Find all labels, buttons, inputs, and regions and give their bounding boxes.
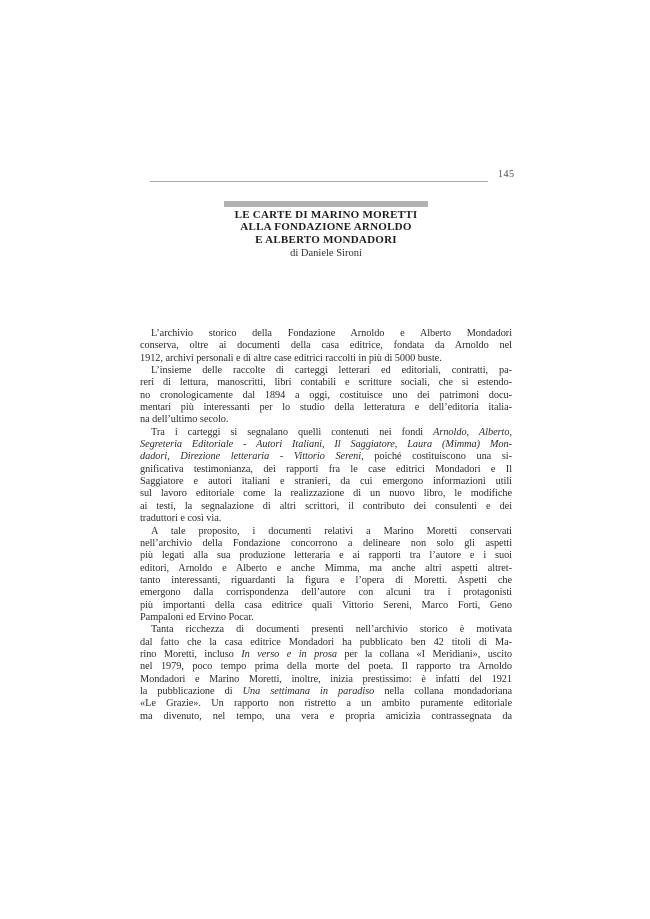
text-line: ai testi, la segnalazione di altri scrit… bbox=[140, 501, 512, 513]
paragraph: Tanta ricchezza di documenti presenti ne… bbox=[140, 624, 512, 723]
text-line: Mondadori e Marino Moretti, inoltre, ini… bbox=[140, 674, 512, 686]
page-number: 145 bbox=[498, 169, 528, 180]
text-line: la pubblicazione di Una settimana in par… bbox=[140, 686, 512, 698]
text-line: Pampaloni ed Ervino Pocar. bbox=[140, 612, 512, 624]
text-line: conserva, oltre ai documenti della casa … bbox=[140, 340, 512, 352]
paragraph: L’archivio storico della Fondazione Arno… bbox=[140, 328, 512, 365]
article-title-line-3: E ALBERTO MONDADORI bbox=[140, 234, 512, 246]
article-title-line-1: LE CARTE DI MARINO MORETTI bbox=[140, 209, 512, 221]
text-line: «Le Grazie». Un rapporto non ristretto a… bbox=[140, 698, 512, 710]
text-line: Tra i carteggi si segnalano quelli conte… bbox=[140, 427, 512, 439]
text-line: editori, Arnoldo e Alberto e anche Mimma… bbox=[140, 563, 512, 575]
title-highlight-bar bbox=[224, 201, 428, 207]
text-line: ma divenuto, nel tempo, una vera e propr… bbox=[140, 711, 512, 723]
text-line: emergono dalla corrispondenza dell’autor… bbox=[140, 587, 512, 599]
paragraph: Tra i carteggi si segnalano quelli conte… bbox=[140, 427, 512, 526]
text-line: tanto interessanti, riguardanti la figur… bbox=[140, 575, 512, 587]
paragraph: L’insieme delle raccolte di carteggi let… bbox=[140, 365, 512, 427]
title-block: LE CARTE DI MARINO MORETTI ALLA FONDAZIO… bbox=[140, 201, 512, 260]
text-line: A tale proposito, i documenti relativi a… bbox=[140, 526, 512, 538]
text-line: rino Moretti, incluso In verso e in pros… bbox=[140, 649, 512, 661]
text-line: dal fatto che la casa editrice Mondadori… bbox=[140, 637, 512, 649]
document-page: 145 LE CARTE DI MARINO MORETTI ALLA FOND… bbox=[0, 0, 650, 919]
text-line: 1912, archivi personali e di altre case … bbox=[140, 353, 512, 365]
header-rule bbox=[150, 181, 488, 182]
text-line: gnificativa testimonianza, dei rapporti … bbox=[140, 464, 512, 476]
text-line: L’archivio storico della Fondazione Arno… bbox=[140, 328, 512, 340]
text-line: dadori, Direzione letteraria - Vittorio … bbox=[140, 451, 512, 463]
text-line: sul lavoro editoriale come la realizzazi… bbox=[140, 488, 512, 500]
article-title-line-2: ALLA FONDAZIONE ARNOLDO bbox=[140, 221, 512, 233]
text-line: no cronologicamente dal 1894 a oggi, cos… bbox=[140, 390, 512, 402]
text-line: Saggiatore e autori italiani e stranieri… bbox=[140, 476, 512, 488]
text-line: nell’archivio della Fondazione concorron… bbox=[140, 538, 512, 550]
text-line: reri di lettura, manoscritti, libri cont… bbox=[140, 377, 512, 389]
text-line: Tanta ricchezza di documenti presenti ne… bbox=[140, 624, 512, 636]
text-line: più importanti della casa editrice quali… bbox=[140, 600, 512, 612]
text-line: L’insieme delle raccolte di carteggi let… bbox=[140, 365, 512, 377]
body-text: L’archivio storico della Fondazione Arno… bbox=[140, 328, 512, 723]
text-line: na dell’ultimo secolo. bbox=[140, 414, 512, 426]
byline: di Daniele Sironi bbox=[140, 247, 512, 260]
text-line: traduttori e così via. bbox=[140, 513, 512, 525]
text-line: più legati alla sua produzione letterari… bbox=[140, 550, 512, 562]
text-line: Segreteria Editoriale - Autori Italiani,… bbox=[140, 439, 512, 451]
paragraph: A tale proposito, i documenti relativi a… bbox=[140, 526, 512, 625]
text-line: nel 1979, poco tempo prima della morte d… bbox=[140, 661, 512, 673]
text-line: mentari più interessanti per lo studio d… bbox=[140, 402, 512, 414]
